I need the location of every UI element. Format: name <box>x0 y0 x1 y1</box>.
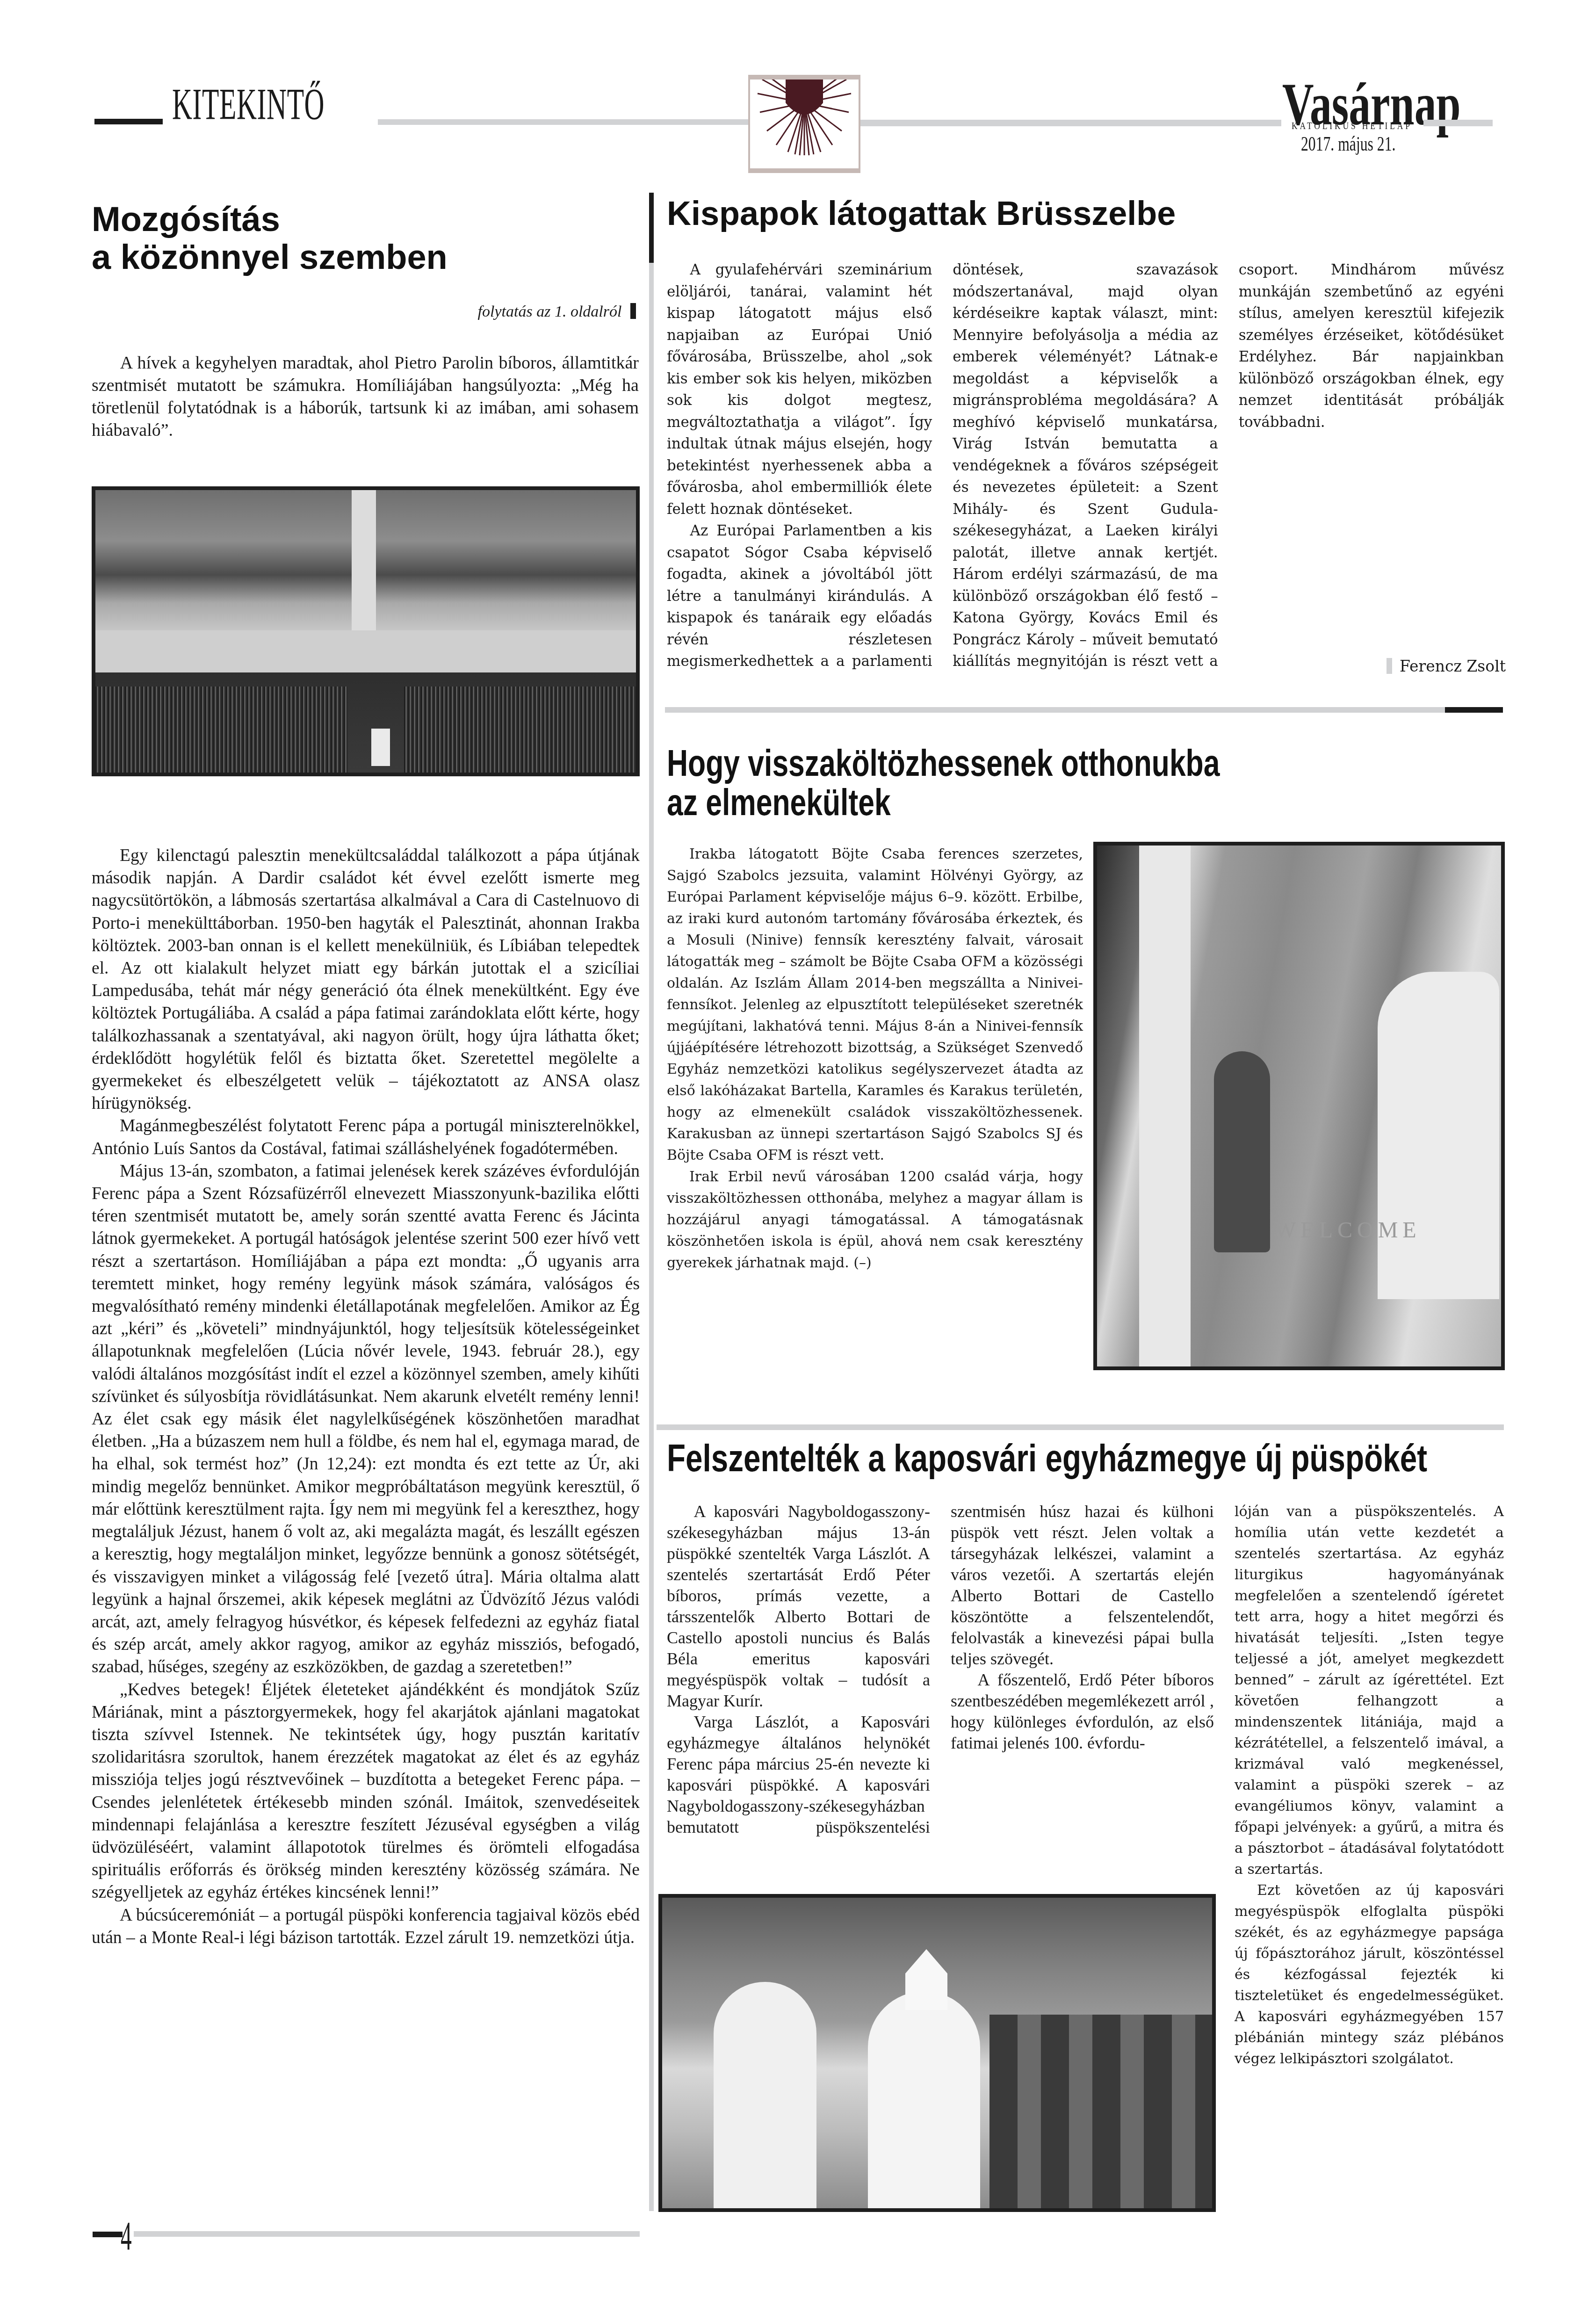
kaposvar-side-paragraph: lóján van a püspökszentelés. A homília u… <box>1235 1501 1504 1880</box>
iraq-paragraph: Irakba látogatott Böjte Csaba ferences s… <box>667 844 1083 1166</box>
section-label: KITEKINTŐ <box>172 82 325 127</box>
header-rule-right-b <box>1423 120 1493 126</box>
header-rule-left <box>378 119 753 125</box>
iraq-paragraph: Irak Erbil nevű városában 1200 család vá… <box>667 1166 1083 1274</box>
continuation-note: folytatás az 1. oldalról <box>402 303 636 321</box>
iraq-headline-line1: Hogy visszaköltözhessenek otthonukba <box>667 744 1220 783</box>
kaposvar-headline: Felszentelték a kaposvári egyházmegye új… <box>667 1438 1427 1479</box>
fatima-paragraph: Egy kilenctagú palesztin menekültcsaládd… <box>92 845 640 1115</box>
fatima-intro-paragraph: A hívek a kegyhelyen maradtak, ahol Piet… <box>92 352 639 441</box>
fatima-headline-line2: a közönnyel szemben <box>92 238 629 276</box>
kaposvar-side-paragraph: Ezt követően az új kaposvári megyéspüspö… <box>1235 1880 1504 2069</box>
kispapok-body: A gyulafehérvári szeminárium elöljárói, … <box>667 259 1504 689</box>
kispapok-bottom-block <box>1445 707 1503 713</box>
fatima-paragraph: Magánmegbeszélést folytatott Ferenc pápa… <box>92 1115 640 1160</box>
kaposvar-body-side: lóján van a püspökszentelés. A homília u… <box>1235 1501 1504 2069</box>
fatima-paragraph: A búcsúceremóniát – a portugál püspöki k… <box>92 1904 640 1949</box>
crowd-right <box>404 687 638 776</box>
crowd-left <box>95 687 348 776</box>
fatima-paragraph: Május 13-án, szombaton, a fatimai jelené… <box>92 1160 640 1679</box>
fatima-headline: Mozgósítás a közönnyel szemben <box>92 200 629 276</box>
kispapok-bottom-rule <box>665 707 1445 713</box>
issue-date: 2017. május 21. <box>1301 132 1395 156</box>
footer-left-block <box>93 2232 123 2237</box>
sunburst-logo-icon <box>748 75 860 173</box>
byline-marker-icon <box>1387 658 1392 674</box>
masthead-subtitle: KATOLIKUS HETILAP <box>1292 120 1412 132</box>
fatima-intro: A hívek a kegyhelyen maradtak, ahol Piet… <box>92 352 639 441</box>
page-number: 4 <box>121 2216 132 2256</box>
kaposvar-paragraph: A főszentelő, Erdő Péter bíboros szentbe… <box>951 1670 1214 1754</box>
kaposvar-photo <box>658 1894 1216 2212</box>
doorway <box>1139 846 1191 1370</box>
doormat-text: WELCOME <box>1275 1217 1421 1243</box>
continuation-note-text: folytatás az 1. oldalról <box>478 303 622 320</box>
iraq-body: Irakba látogatott Böjte Csaba ferences s… <box>667 844 1083 1274</box>
iraq-bottom-rule <box>657 1424 1504 1430</box>
iraq-headline: Hogy visszaköltözhessenek otthonukba az … <box>667 744 1220 822</box>
basilica-colonnade <box>95 630 638 672</box>
kaposvar-paragraph: A kaposvári Nagyboldogasszony-székesegyh… <box>667 1501 930 1712</box>
woman-figure <box>1378 972 1499 1299</box>
iraq-photo: WELCOME <box>1093 842 1505 1370</box>
footer-rule <box>134 2231 640 2237</box>
kispapok-headline: Kispapok látogattak Brüsszelbe <box>667 195 1176 232</box>
header-rule-right-a <box>860 120 1281 126</box>
fatima-body: Egy kilenctagú palesztin menekültcsaládd… <box>92 845 640 1949</box>
fatima-photo <box>92 486 640 776</box>
column-divider <box>649 263 654 2211</box>
byline-name: Ferencz Zsolt <box>1400 657 1506 675</box>
kispapok-headline-bar <box>649 193 654 263</box>
kaposvar-body-top: A kaposvári Nagyboldogasszony-székesegyh… <box>667 1501 1214 1838</box>
kispapok-paragraph: A gyulafehérvári szeminárium elöljárói, … <box>667 259 932 520</box>
continuation-marker-icon <box>630 303 636 319</box>
fatima-headline-line1: Mozgósítás <box>92 200 629 238</box>
header-left-block <box>94 119 163 124</box>
popemobile <box>371 729 390 766</box>
bishop-figure <box>868 1991 980 2212</box>
kispapok-byline: Ferencz Zsolt <box>1356 657 1506 675</box>
priest-figure <box>714 1982 816 2212</box>
fatima-paragraph: „Kedves betegek! Éljétek életeteket aján… <box>92 1679 640 1904</box>
mitre <box>905 1949 947 2010</box>
iraq-headline-line2: az elmenekültek <box>667 783 1220 822</box>
congregation <box>989 2015 1214 2212</box>
child-figure <box>1214 1051 1270 1252</box>
